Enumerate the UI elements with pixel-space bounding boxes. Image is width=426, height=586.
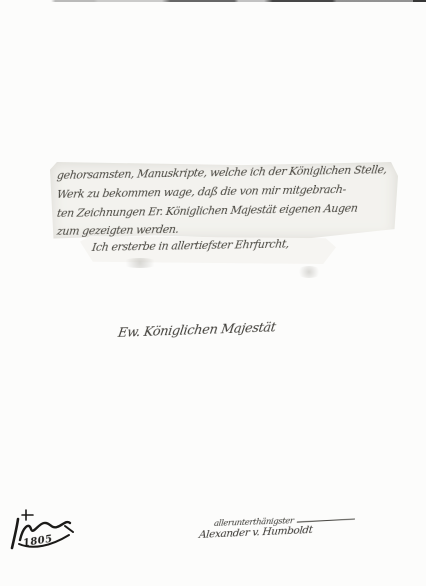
scanner-edge-artifact — [0, 0, 426, 2]
flourish-line — [296, 518, 354, 522]
royal-address-line: Ew. Königlichen Majestät — [117, 320, 277, 341]
scan-smudge — [296, 266, 322, 278]
scanned-manuscript-page: gehorsamsten, Manuskripte, welche ich de… — [0, 0, 426, 586]
registry-paraph-scrawl — [5, 504, 77, 556]
scan-smudge — [120, 258, 160, 268]
manuscript-line: zum gezeigten werden. — [56, 223, 179, 238]
